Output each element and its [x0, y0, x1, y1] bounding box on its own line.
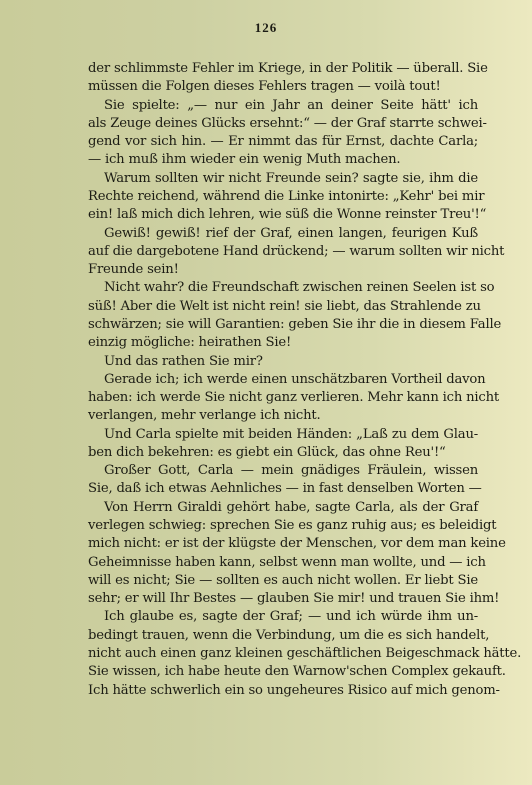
text-line: mich nicht: er ist der klügste der Mensc…	[88, 535, 478, 553]
text-line: auf die dargebotene Hand drückend; — war…	[88, 243, 478, 261]
text-line: Gewiß! gewiß! rief der Graf, einen lange…	[88, 225, 478, 243]
text-line: Von Herrn Giraldi gehört habe, sagte Car…	[88, 499, 478, 517]
text-line: sehr; er will Ihr Bestes — glauben Sie m…	[88, 590, 478, 608]
text-line: bedingt trauen, wenn die Verbindung, um …	[88, 627, 478, 645]
text-line: nicht auch einen ganz kleinen geschäftli…	[88, 645, 478, 663]
text-line: Sie spielte: „— nur ein Jahr an deiner S…	[88, 97, 478, 115]
text-line: verlegen schwieg: sprechen Sie es ganz r…	[88, 517, 478, 535]
text-line: Gerade ich; ich werde einen unschätzbare…	[88, 371, 478, 389]
text-line: Sie, daß ich etwas Aehnliches — in fast …	[88, 480, 478, 498]
text-line: ben dich bekehren: es giebt ein Glück, d…	[88, 444, 478, 462]
text-line: Ich glaube es, sagte der Graf; — und ich…	[88, 608, 478, 626]
text-line: Sie wissen, ich habe heute den Warnow'sc…	[88, 663, 478, 681]
text-line: Nicht wahr? die Freundschaft zwischen re…	[88, 279, 478, 297]
text-line: Großer Gott, Carla — mein gnädiges Fräul…	[88, 462, 478, 480]
text-line: einzig mögliche: heirathen Sie!	[88, 334, 478, 352]
text-line: Geheimnisse haben kann, selbst wenn man …	[88, 554, 478, 572]
text-line: haben: ich werde Sie nicht ganz verliere…	[88, 389, 478, 407]
text-line: müssen die Folgen dieses Fehlers tragen …	[88, 78, 478, 96]
text-line: — ich muß ihm wieder ein wenig Muth mach…	[88, 151, 478, 169]
text-line: der schlimmste Fehler im Kriege, in der …	[88, 60, 478, 78]
text-line: süß! Aber die Welt ist nicht rein! sie l…	[88, 298, 478, 316]
text-line: Ich hätte schwerlich ein so ungeheures R…	[88, 682, 478, 700]
text-line: Und Carla spielte mit beiden Händen: „La…	[88, 426, 478, 444]
text-line: Warum sollten wir nicht Freunde sein? sa…	[88, 170, 478, 188]
text-line: verlangen, mehr verlange ich nicht.	[88, 407, 478, 425]
text-line: Freunde sein!	[88, 261, 478, 279]
text-line: gend vor sich hin. — Er nimmt das für Er…	[88, 133, 478, 151]
text-line: Rechte reichend, während die Linke inton…	[88, 188, 478, 206]
text-line: als Zeuge deines Glücks ersehnt:“ — der …	[88, 115, 478, 133]
page-number: 126	[0, 20, 532, 36]
text-line: ein! laß mich dich lehren, wie süß die W…	[88, 206, 478, 224]
text-line: schwärzen; sie will Garantien: geben Sie…	[88, 316, 478, 334]
text-line: Und das rathen Sie mir?	[88, 353, 478, 371]
text-line: will es nicht; Sie — sollten es auch nic…	[88, 572, 478, 590]
body-text: der schlimmste Fehler im Kriege, in der …	[88, 60, 478, 700]
